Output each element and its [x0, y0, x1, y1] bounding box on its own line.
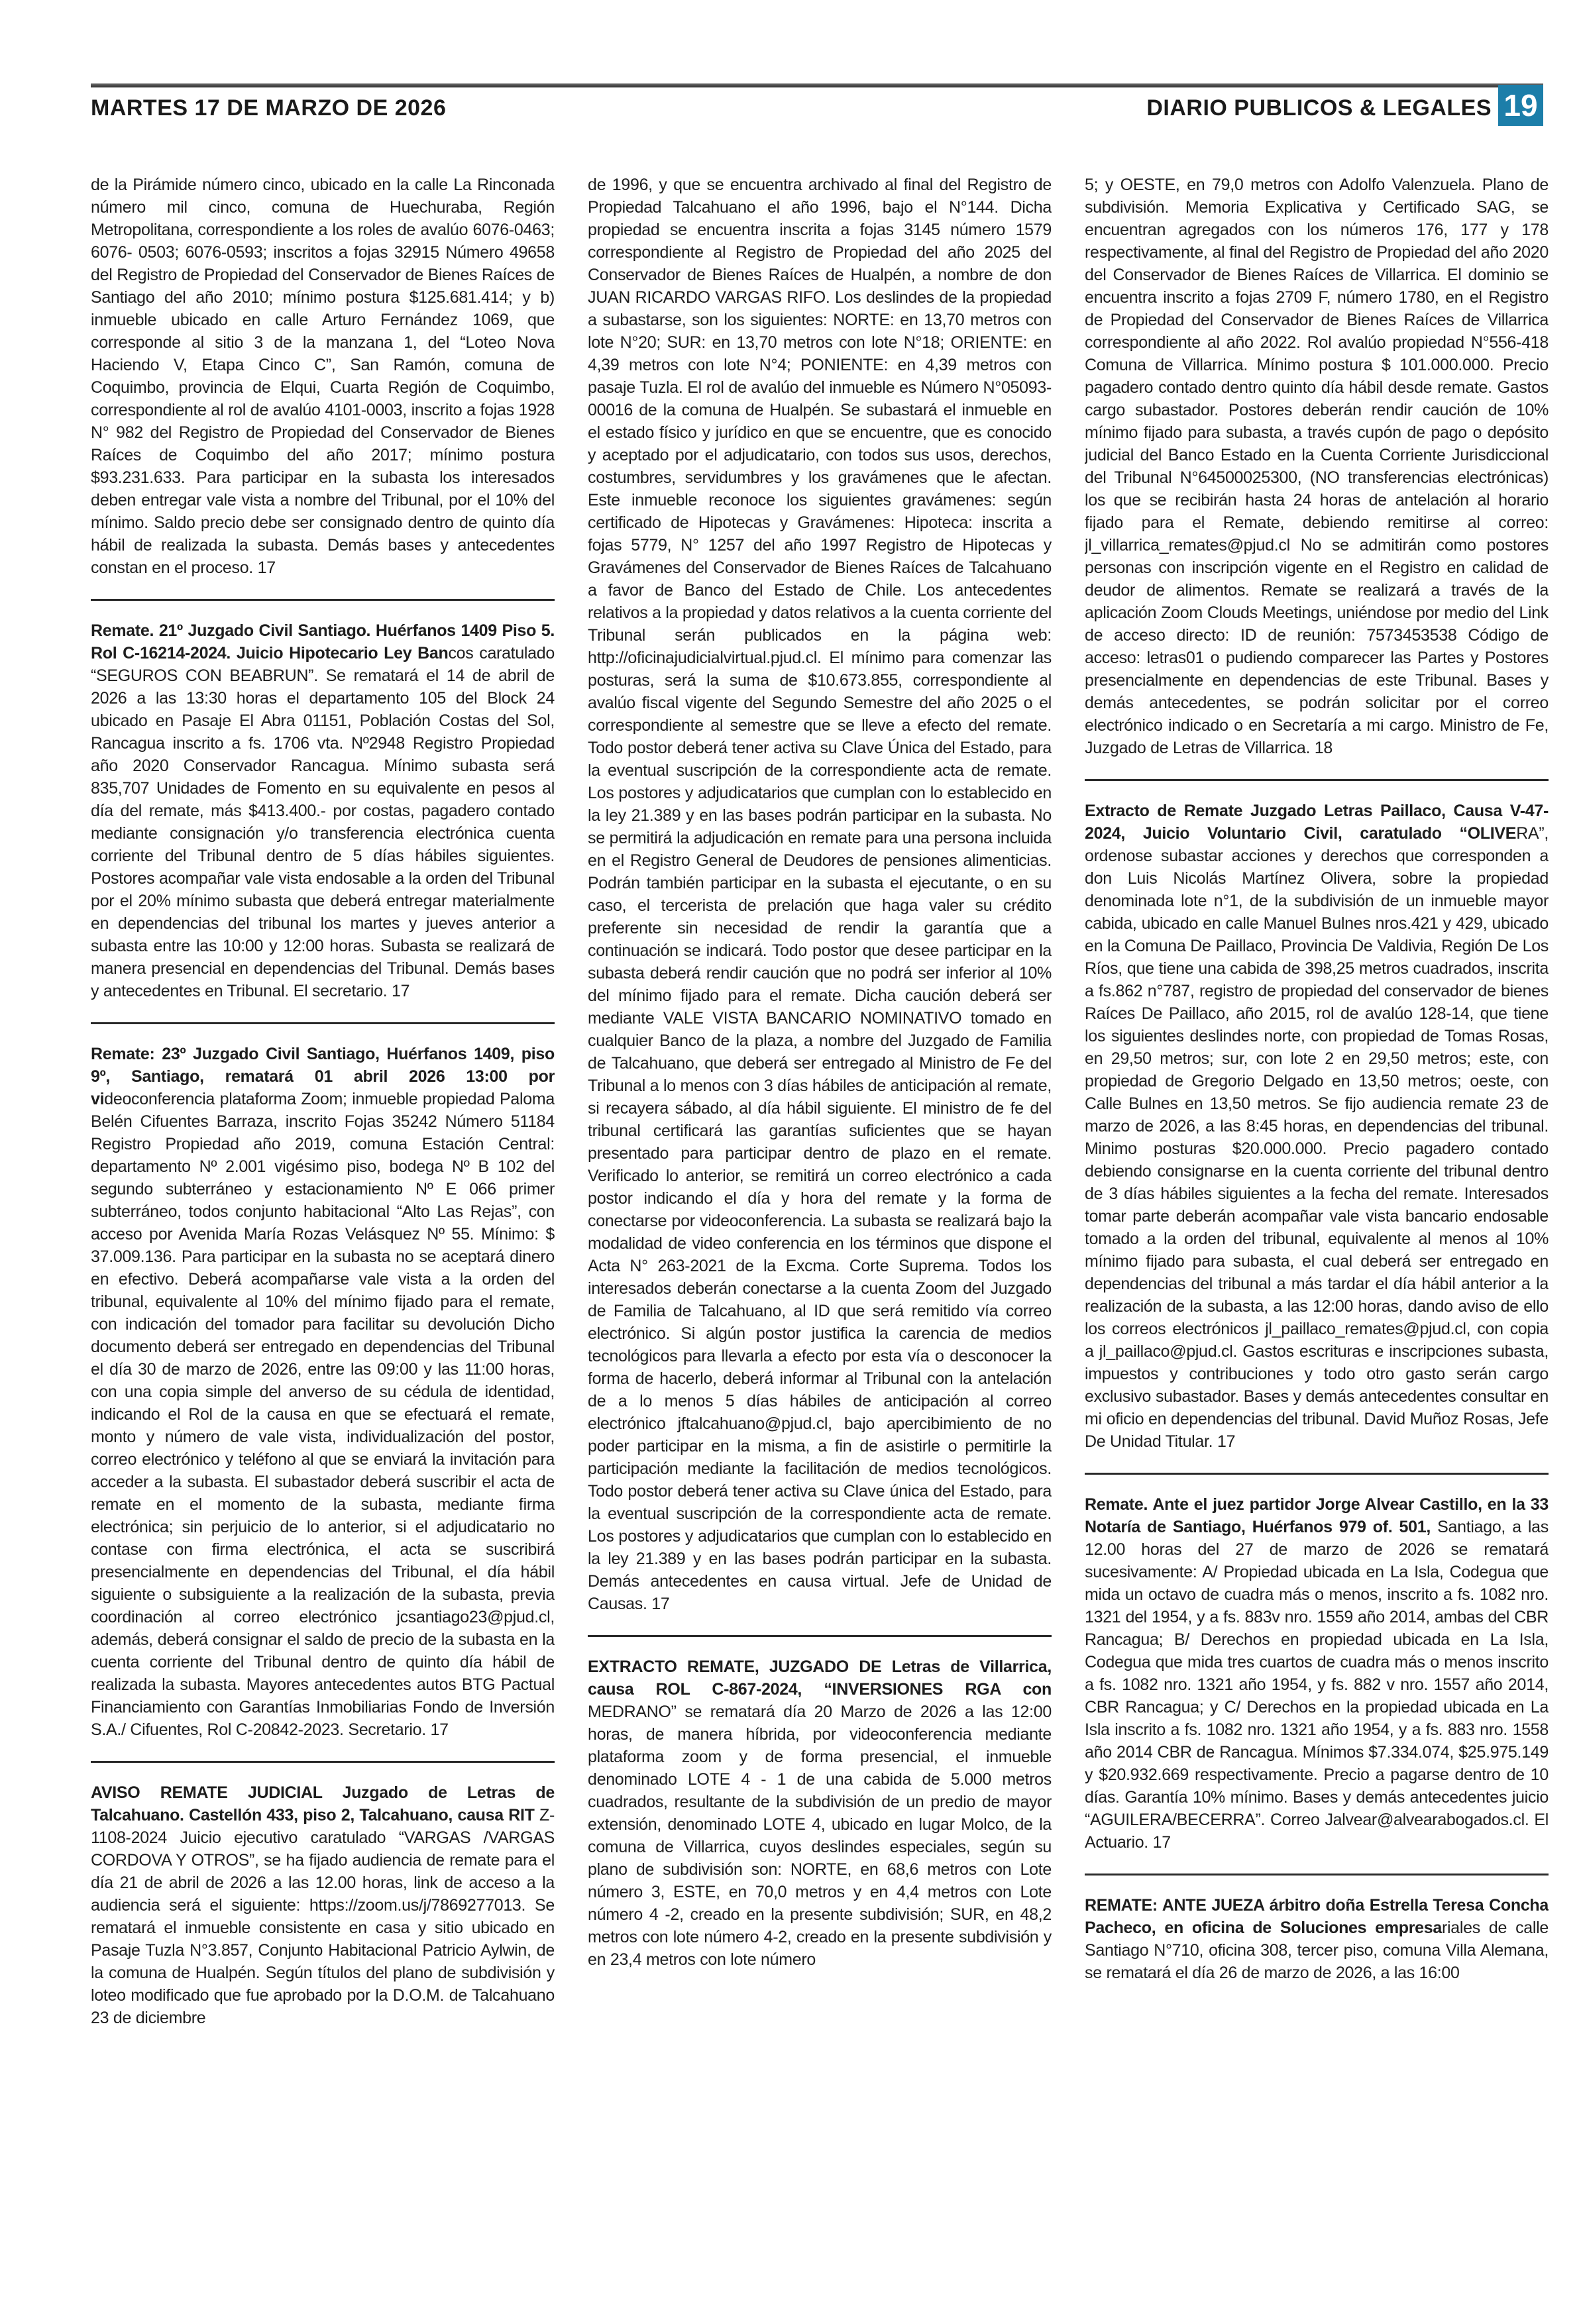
notice-body: Santiago, a las 12.00 horas del 27 de ma… — [1085, 1518, 1549, 1852]
notice-columns: de la Pirámide número cinco, ubicado en … — [91, 174, 1549, 2304]
page-number: 19 — [1503, 87, 1537, 123]
legal-notice: EXTRACTO REMATE, JUZGADO DE Letras de Vi… — [588, 1635, 1052, 1971]
legal-notice: AVISO REMATE JUDICIAL Juzgado de Letras … — [91, 1761, 555, 2029]
notice-body: RA”, ordenose subastar acciones y derech… — [1085, 824, 1549, 1451]
notice-lead: Extracto de Remate Juzgado Letras Pailla… — [1085, 802, 1549, 843]
column-1: de la Pirámide número cinco, ubicado en … — [91, 174, 555, 2304]
notice-body: Z-1108-2024 Juicio ejecutivo caratulado … — [91, 1806, 555, 2027]
newspaper-page: MARTES 17 DE MARZO DE 2026 DIARIO PUBLIC… — [0, 0, 1581, 2324]
notice-body: cos caratulado “SEGUROS CON BEABRUN”. Se… — [91, 644, 555, 1000]
legal-notice: Extracto de Remate Juzgado Letras Pailla… — [1085, 779, 1549, 1453]
legal-notice: de 1996, y que se encuentra archivado al… — [588, 174, 1052, 1615]
legal-notice: 5; y OESTE, en 79,0 metros con Adolfo Va… — [1085, 174, 1549, 759]
legal-notice: Remate: 23º Juzgado Civil Santiago, Huér… — [91, 1022, 555, 1741]
page-number-badge: 19 — [1498, 85, 1543, 126]
page-header: MARTES 17 DE MARZO DE 2026 DIARIO PUBLIC… — [91, 83, 1543, 126]
notice-body: deoconferencia plataforma Zoom; inmueble… — [91, 1090, 555, 1739]
notice-body: 5; y OESTE, en 79,0 metros con Adolfo Va… — [1085, 176, 1549, 757]
notice-lead: EXTRACTO REMATE, JUZGADO DE Letras de Vi… — [588, 1658, 1052, 1699]
masthead-title: DIARIO PUBLICOS & LEGALES — [1146, 95, 1492, 121]
legal-notice: de la Pirámide número cinco, ubicado en … — [91, 174, 555, 579]
legal-notice: Remate. 21º Juzgado Civil Santiago. Huér… — [91, 599, 555, 1002]
notice-body: de 1996, y que se encuentra archivado al… — [588, 176, 1052, 1613]
date-line: MARTES 17 DE MARZO DE 2026 — [91, 95, 446, 121]
column-2: de 1996, y que se encuentra archivado al… — [588, 174, 1052, 2304]
notice-body: de la Pirámide número cinco, ubicado en … — [91, 176, 555, 577]
notice-body: MEDRANO” se rematará día 20 Marzo de 202… — [588, 1703, 1052, 1969]
column-3: 5; y OESTE, en 79,0 metros con Adolfo Va… — [1085, 174, 1549, 2304]
legal-notice: Remate. Ante el juez partidor Jorge Alve… — [1085, 1473, 1549, 1854]
notice-lead: AVISO REMATE JUDICIAL Juzgado de Letras … — [91, 1783, 555, 1824]
legal-notice: REMATE: ANTE JUEZA árbitro doña Estrella… — [1085, 1874, 1549, 1984]
